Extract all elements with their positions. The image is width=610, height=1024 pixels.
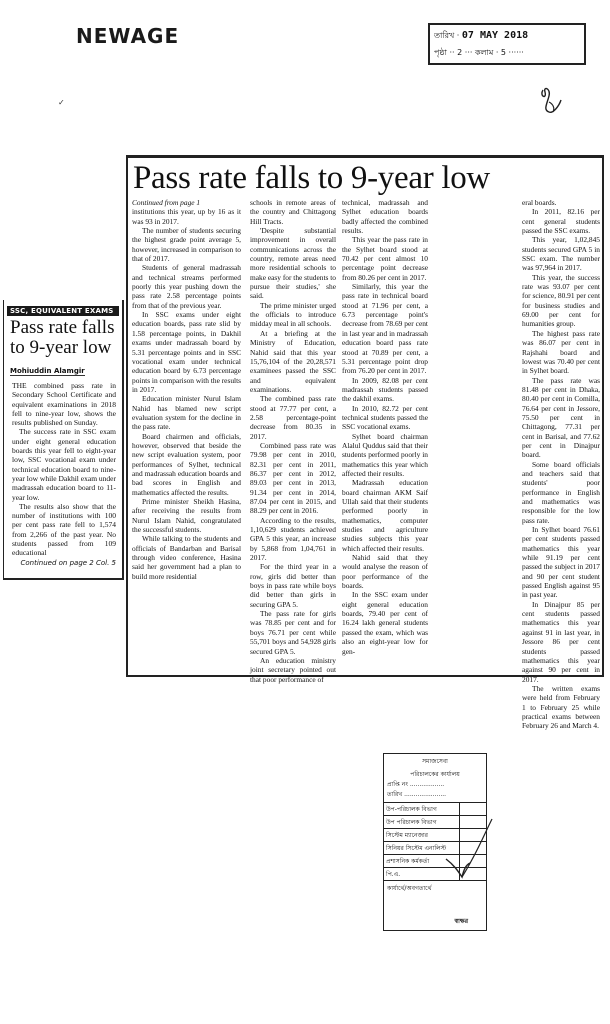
office-stamp-date: তারিখ ...................... <box>384 790 486 800</box>
stamp-page-label: পৃষ্ঠা <box>434 48 447 57</box>
clip-paragraph: The success rate in SSC exam under eight… <box>12 427 116 501</box>
article-paragraph: In the SSC exam under eight general educ… <box>342 590 428 655</box>
article-paragraph: schools in remote areas of the country a… <box>250 198 336 226</box>
article-paragraph: Students of general madrassah and techni… <box>132 263 241 310</box>
stamp-page-value: 2 <box>457 48 462 57</box>
article-paragraph: This year the pass rate in the Sylhet bo… <box>342 235 428 282</box>
routing-label: উপ-পরিচালক বিভাগ <box>384 803 460 816</box>
signature-icon <box>537 86 563 116</box>
receipt-date-label: তারিখ <box>387 791 402 798</box>
office-remarks: কার্যার্থে/অবগতার্থে <box>384 880 486 933</box>
article-paragraph: In 2009, 82.08 per cent madrassah studen… <box>342 376 428 404</box>
routing-row: উপ-পরিচালক বিভাগ <box>384 803 486 816</box>
article-paragraph: The highest pass rate was 86.07 per cent… <box>522 329 600 376</box>
article-paragraph: Nahid said that they would analyse the r… <box>342 553 428 590</box>
article-paragraph: An education ministry joint secretary po… <box>250 656 336 684</box>
routing-checkbox <box>460 803 487 816</box>
clip-headline: Pass rate falls to 9-year low <box>10 318 118 358</box>
article-paragraph: The pass rate was 81.48 per cent in Dhak… <box>522 376 600 460</box>
clip-body: THE combined pass rate in Secondary Scho… <box>12 381 116 558</box>
office-stamp-signature-label: স্বাক্ষর <box>454 916 468 927</box>
newspaper-masthead: NEWAGE <box>76 24 179 48</box>
office-stamp-receipt-no: প্রাপ্তি নং .................. <box>384 780 486 790</box>
article-paragraph: The number of students securing the high… <box>132 226 241 263</box>
handwritten-arrow-icon <box>440 815 500 885</box>
article-paragraph: In Dinajpur 85 per cent students passed … <box>522 600 600 684</box>
office-stamp-title-2: পরিচালকের কার্যালয় <box>384 767 486 780</box>
article-paragraph: Sylhet board chairman Alalul Quddus said… <box>342 432 428 479</box>
main-article: Pass rate falls to 9-year low Continued … <box>126 155 604 677</box>
stamp-column-value: 5 <box>501 48 506 57</box>
continued-from-note: Continued from page 1 <box>132 198 241 207</box>
article-paragraph: Prime minister Sheikh Hasina, after rece… <box>132 497 241 534</box>
article-column-1: Continued from page 1 institutions this … <box>132 198 241 581</box>
article-paragraph: In Sylhet board 76.61 per cent students … <box>522 525 600 600</box>
article-paragraph: This year, 1,02,845 students secured GPA… <box>522 235 600 272</box>
front-page-clip: SSC, EQUIVALENT EXAMS Pass rate falls to… <box>3 300 124 580</box>
stamp-date-value: 07 MAY 2018 <box>462 30 528 41</box>
article-paragraph: The combined pass rate stood at 77.77 pe… <box>250 394 336 441</box>
tick-mark: ✓ <box>58 98 65 107</box>
article-paragraph: Madrassah education board chairman AKM S… <box>342 478 428 553</box>
article-headline: Pass rate falls to 9-year low <box>133 160 490 196</box>
article-paragraph: Education minister Nurul Islam Nahid has… <box>132 394 241 431</box>
article-paragraph: Some board officials and teachers said t… <box>522 460 600 525</box>
clip-continued-note: Continued on page 2 Col. 5 <box>4 559 116 567</box>
article-paragraph: Board chairmen and officials, however, o… <box>132 432 241 497</box>
clip-kicker: SSC, EQUIVALENT EXAMS <box>7 306 119 316</box>
article-paragraph: The written exams were held from Februar… <box>522 684 600 731</box>
article-paragraph: institutions this year, up by 16 as it w… <box>132 207 241 226</box>
clip-byline: Mohiuddin Alamgir <box>10 367 85 376</box>
article-paragraph: In 2010, 82.72 per cent technical studen… <box>342 404 428 432</box>
article-paragraph: This year, the success rate was 93.07 pe… <box>522 273 600 329</box>
article-paragraph: technical, madrassah and Sylhet educatio… <box>342 198 428 235</box>
article-paragraph: For the third year in a row, girls did b… <box>250 562 336 609</box>
article-paragraph: The prime minister urged the officials t… <box>250 301 336 329</box>
article-paragraph: According to the results, 1,10,629 stude… <box>250 516 336 563</box>
stamp-date-row: তারিখ · 07 MAY 2018 <box>434 27 580 44</box>
article-paragraph: Combined pass rate was 79.98 per cent in… <box>250 441 336 516</box>
article-paragraph: In SSC exams under eight education board… <box>132 310 241 394</box>
article-paragraph: The pass rate for girls was 78.85 per ce… <box>250 609 336 656</box>
article-column-3: technical, madrassah and Sylhet educatio… <box>342 198 428 656</box>
article-paragraph: 'Despite substantial improvement in over… <box>250 226 336 301</box>
stamp-column-label: কলাম <box>475 48 493 57</box>
clip-paragraph: The results also show that the number of… <box>12 502 116 558</box>
article-paragraph: While talking to the students and offici… <box>132 534 241 581</box>
clip-paragraph: THE combined pass rate in Secondary Scho… <box>12 381 116 427</box>
article-paragraph: In 2011, 82.16 per cent general students… <box>522 207 600 235</box>
office-stamp-title-1: সমাজসেবা <box>384 754 486 767</box>
article-paragraph: At a briefing at the Ministry of Educati… <box>250 329 336 394</box>
stamp-page-row: পৃষ্ঠা ·· 2 ··· কলাম · 5 ······ <box>434 44 580 61</box>
article-paragraph: eral boards. <box>522 198 600 207</box>
article-paragraph: Similarly, this year the pass rate in te… <box>342 282 428 375</box>
article-column-4: eral boards. In 2011, 82.16 per cent gen… <box>522 198 600 731</box>
article-column-2: schools in remote areas of the country a… <box>250 198 336 684</box>
stamp-date-label: তারিখ <box>434 31 454 40</box>
date-stamp: তারিখ · 07 MAY 2018 পৃষ্ঠা ·· 2 ··· কলাম… <box>428 23 586 65</box>
receipt-no-label: প্রাপ্তি নং <box>387 781 408 788</box>
